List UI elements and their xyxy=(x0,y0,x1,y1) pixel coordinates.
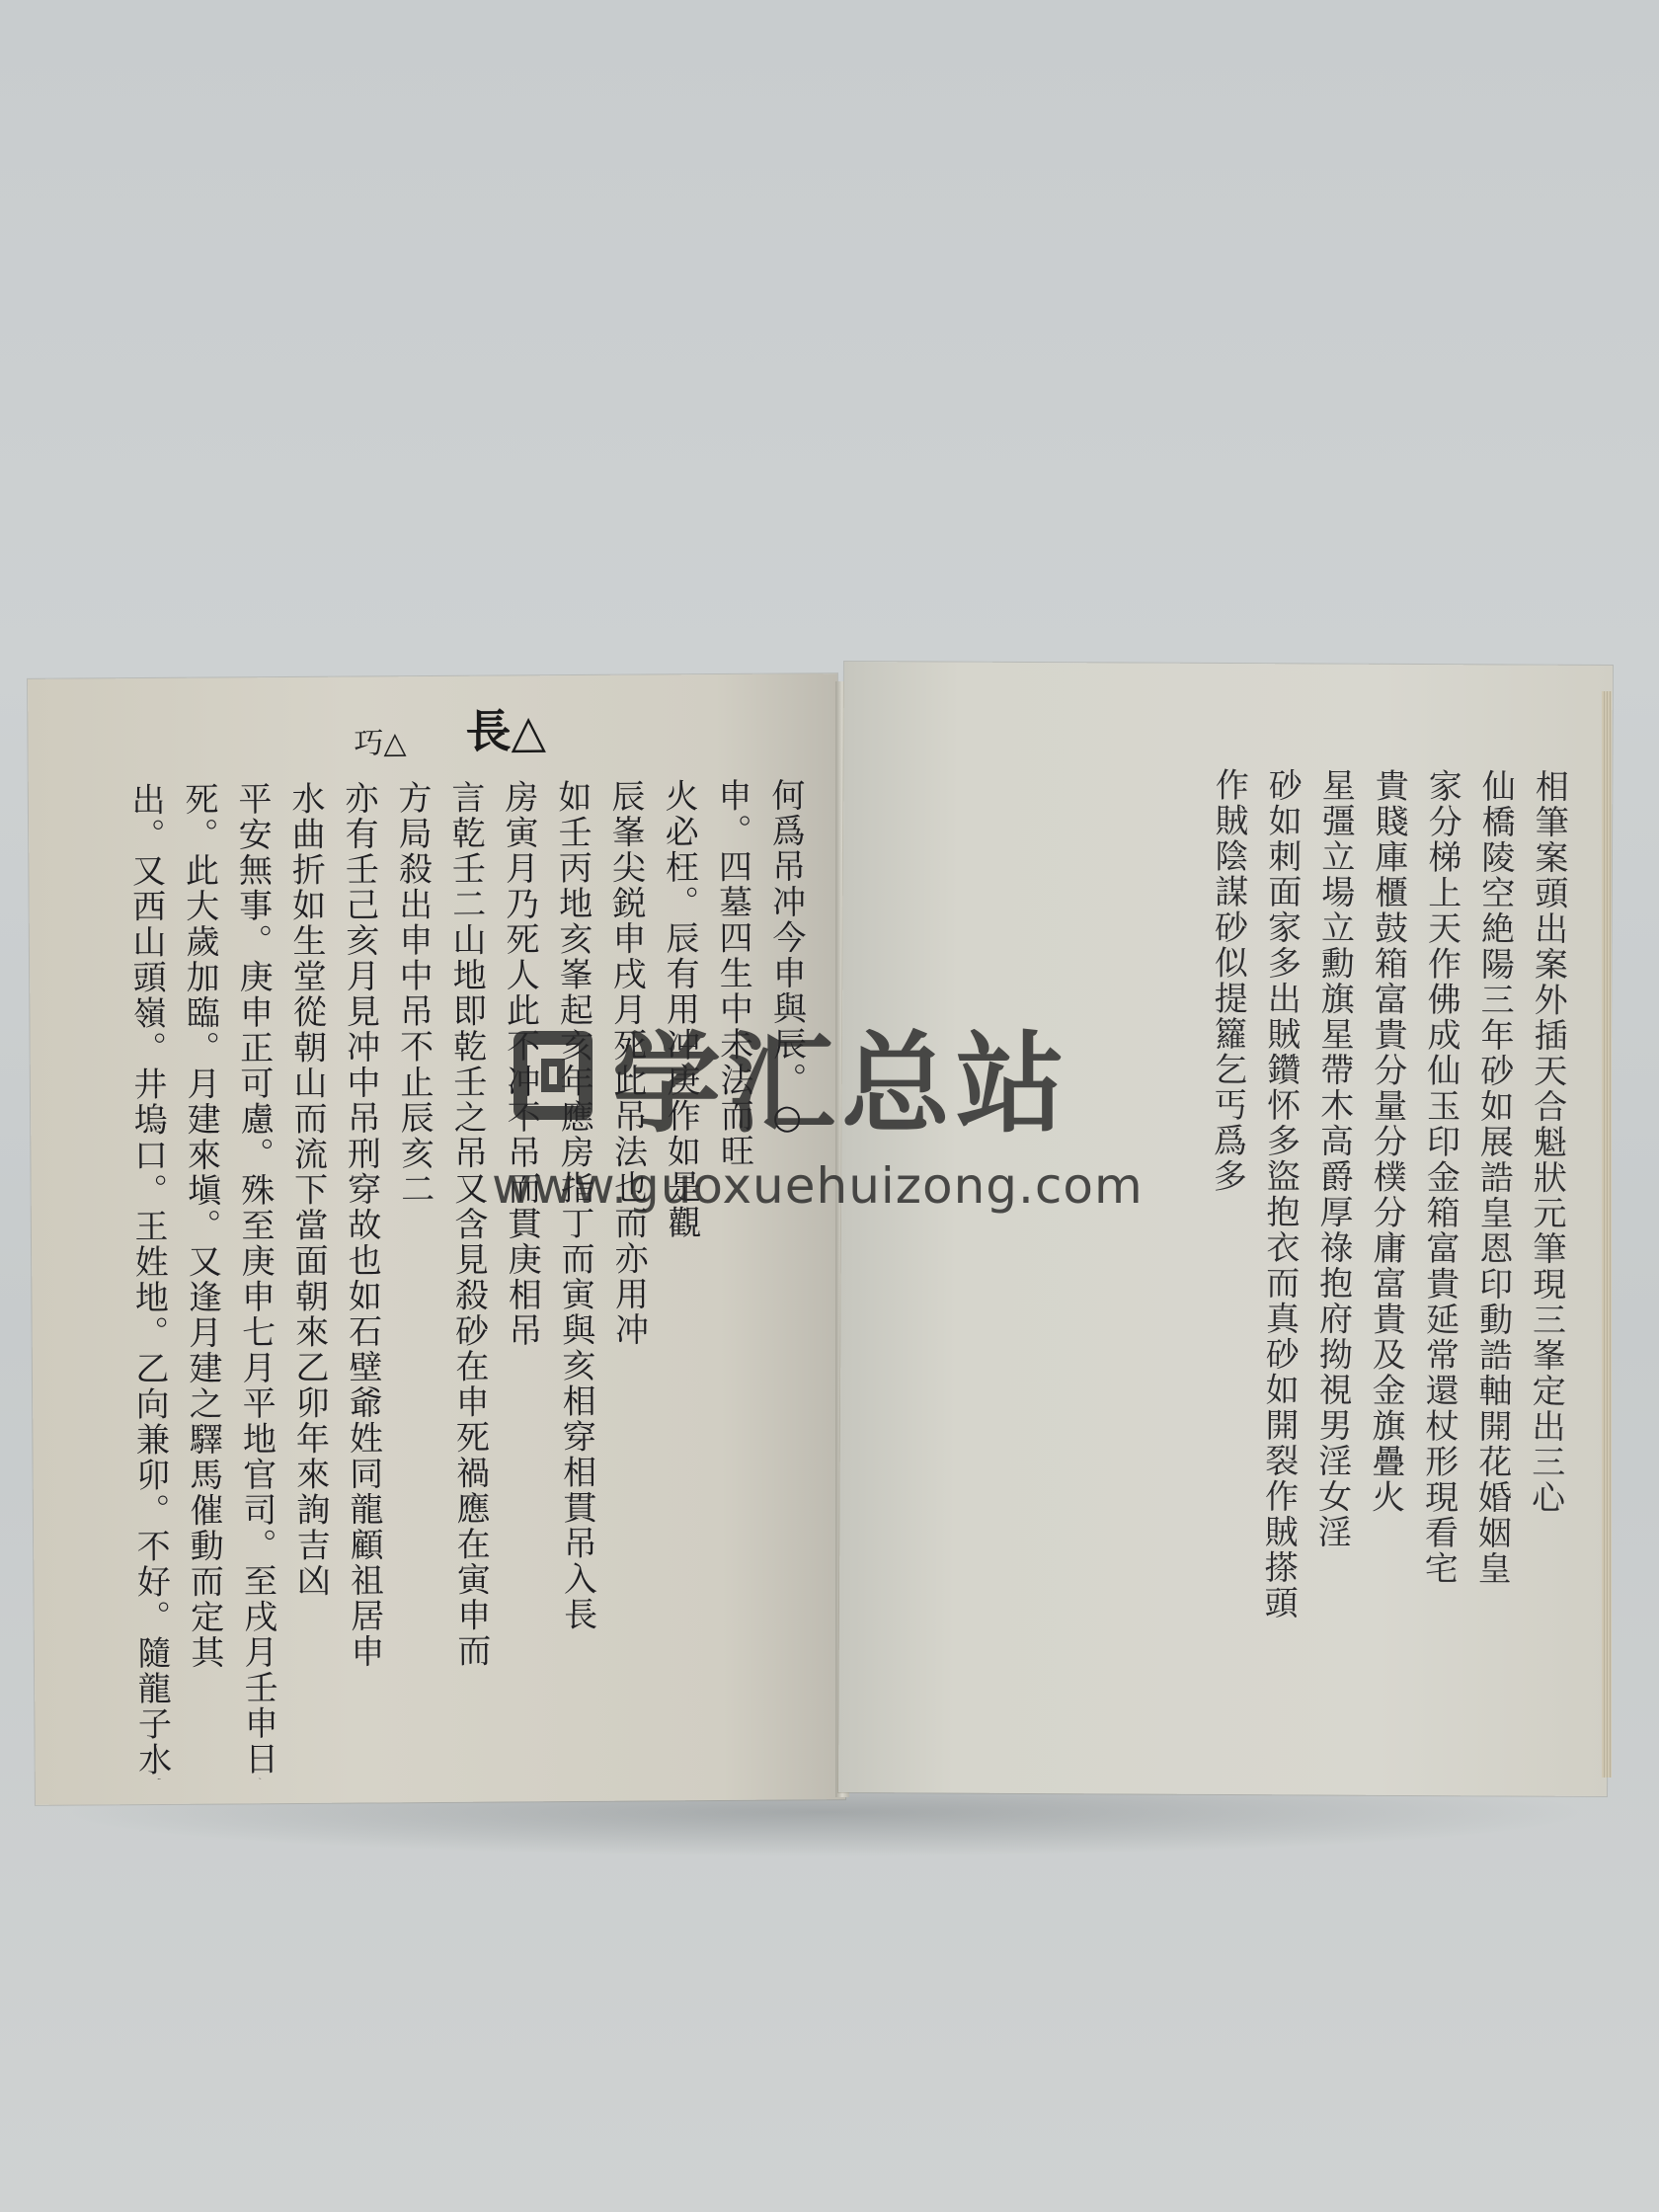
header-mark-large: 長△ xyxy=(465,695,546,761)
page-header-marks: 巧△ 長△ xyxy=(354,695,546,761)
text-column: 平安無事。庚申正可慮。殊至庚申七月平地官司。至戌月壬申日亥時絡特 xyxy=(228,781,282,1778)
text-column: 家分梯上天作佛成仙玉印金箱富貴延常還杖形現看宅 xyxy=(1414,768,1466,1657)
left-page-text-columns: 何爲吊冲今申與辰。○ 申。四墓四生中未法而旺 火必枉。辰有用冲庚作如是觀 辰峯尖… xyxy=(48,777,816,1779)
text-column: 方局殺出申中吊不止辰亥二 xyxy=(388,780,442,1777)
right-page-text-columns: 相筆案頭出案外插天合魁狀元筆現三峯定出三心 仙橋陵空絶陽三年砂如展誥皇恩印動誥軸… xyxy=(1201,767,1573,1658)
text-column: 砂如刺面家多出賊鑽怀多盜抱衣而真砂如開裂作賊搽頭 xyxy=(1254,767,1306,1656)
header-mark-small: 巧△ xyxy=(354,718,406,761)
text-column: 辰峯尖鋭申戌月死此吊法也而亦用冲 xyxy=(601,778,656,1776)
text-column: 貴賤庫櫃鼓箱富貴分量分樸分庸富貴及金旗疊火 xyxy=(1361,768,1413,1657)
text-column: 作賊陰謀砂似提籮乞丐爲多 xyxy=(1201,767,1253,1656)
text-column: 仙橋陵空絶陽三年砂如展誥皇恩印動誥軸開花婚姻皇 xyxy=(1467,768,1520,1657)
text-column: 房寅月乃死人此不冲不吊而貫庚相吊 xyxy=(495,779,549,1777)
text-column: 言乾壬二山地即乾壬之吊又含見殺砂在申死禍應在寅申而 xyxy=(441,780,496,1777)
text-column: 申。四墓四生中未法而旺 xyxy=(708,778,762,1776)
right-page: 相筆案頭出案外插天合魁狀元筆現三峯定出三心 仙橋陵空絶陽三年砂如展誥皇恩印動誥軸… xyxy=(838,662,1613,1796)
text-column: 何爲吊冲今申與辰。○ xyxy=(761,777,816,1775)
text-column: 亦有壬己亥月見冲中吊刑穿故也如石壁爺姓同龍顧祖居申 xyxy=(335,780,389,1777)
text-column: 如壬丙地亥峯起亥年應房指丁而寅與亥相穿相貫吊入長 xyxy=(548,779,602,1777)
page-edges xyxy=(1602,691,1612,1777)
text-column: 水曲折如生堂從朝山而流下當面朝來乙卯年來詢吉凶 xyxy=(281,781,336,1778)
text-column: 出。又西山頭嶺。井塢口。王姓地。乙向兼卯。不好。隨龍子水遠從午口出殊 xyxy=(121,782,176,1779)
left-page: 巧△ 長△ 何爲吊冲今申與辰。○ 申。四墓四生中未法而旺 火必枉。辰有用冲庚作如… xyxy=(28,673,845,1805)
text-column: 火必枉。辰有用冲庚作如是觀 xyxy=(655,778,709,1776)
text-column: 死。此大歲加臨。月建來塡。又逢月建之驛馬催動而定其 xyxy=(175,782,229,1779)
text-column: 相筆案頭出案外插天合魁狀元筆現三峯定出三心 xyxy=(1521,769,1573,1658)
text-column: 星彊立場立勳旗星帶木高爵厚祿抱府拗視男淫女淫 xyxy=(1307,767,1360,1656)
